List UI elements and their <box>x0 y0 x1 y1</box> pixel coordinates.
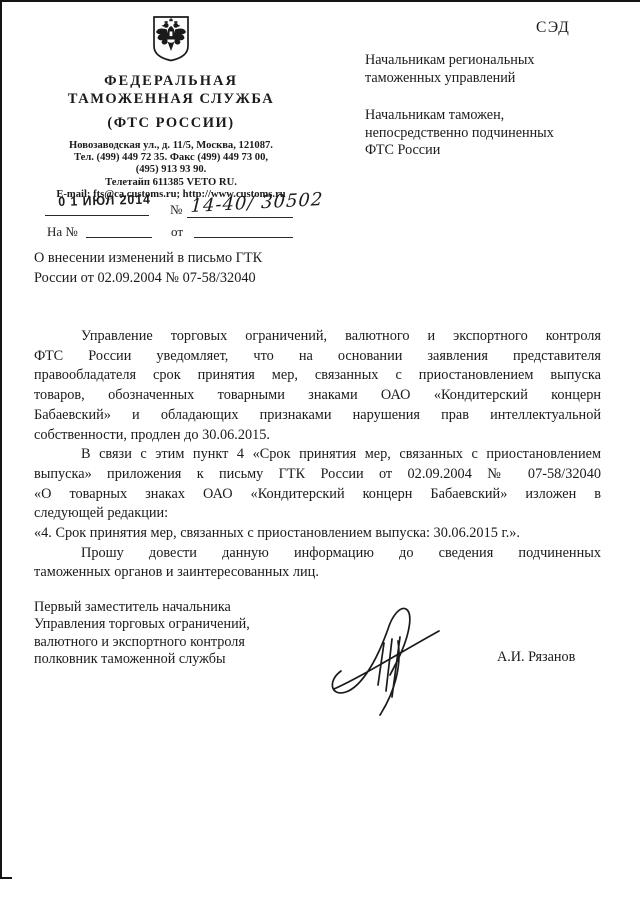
recipient-line: Начальникам региональных <box>365 52 554 70</box>
scan-edge-top <box>0 0 640 2</box>
address-line: Телетайп 611385 VETO RU. <box>28 177 314 189</box>
body-line: следующей редакции: <box>34 504 601 524</box>
body-line: Прошу довести данную информацию до сведе… <box>34 544 601 564</box>
recipient-line: Начальникам таможен, <box>365 107 554 125</box>
letter-body: Управление торговых ограничений, валютно… <box>34 327 601 583</box>
body-line: Управление торговых ограничений, валютно… <box>34 327 601 347</box>
from-date-label: от <box>171 224 183 240</box>
blank-rule-number <box>187 217 293 218</box>
body-line: «О товарных знаках ОАО «Кондитерский кон… <box>34 485 601 505</box>
subject-line: России от 02.09.2004 № 07-58/32040 <box>34 269 262 289</box>
recipients-block: Начальникам региональных таможенных упра… <box>365 52 554 160</box>
recipient-line: ФТС России <box>365 142 554 160</box>
sed-corner-label: СЭД <box>536 19 570 37</box>
recipient-line: таможенных управлений <box>365 70 554 88</box>
body-line: ФТС России уведомляет, что на основании … <box>34 347 601 367</box>
body-line: «4. Срок принятия мер, связанных с приос… <box>34 524 601 544</box>
number-sign-label: № <box>170 202 182 218</box>
blank-rule-date <box>45 215 149 216</box>
signer-position-line: Управления торговых ограничений, <box>34 616 250 633</box>
reply-to-label: На № <box>47 224 78 240</box>
russian-coat-of-arms-icon <box>151 15 191 68</box>
letterhead: ФЕДЕРАЛЬНАЯ ТАМОЖЕННАЯ СЛУЖБА (ФТС РОССИ… <box>28 73 314 201</box>
body-line: собственности, продлен до 30.06.2015. <box>34 426 601 446</box>
address-line: (495) 913 93 90. <box>28 164 314 176</box>
agency-title-line2: ТАМОЖЕННАЯ СЛУЖБА <box>28 91 314 108</box>
signer-name: А.И. Рязанов <box>497 649 575 666</box>
body-line: правообладателя срок принятия мер, связа… <box>34 366 601 386</box>
scan-edge-foot <box>0 877 12 879</box>
handwritten-outgoing-number: 14-40/ 30502 <box>190 190 301 217</box>
body-line: выпуска» приложения к письму ГТК России … <box>34 465 601 485</box>
subject-line: О внесении изменений в письмо ГТК <box>34 249 262 269</box>
address-line: Тел. (499) 449 72 35. Факс (499) 449 73 … <box>28 152 314 164</box>
agency-title-line3: (ФТС РОССИИ) <box>28 115 314 132</box>
body-line: товаров, обозначенных товарными знаками … <box>34 386 601 406</box>
address-line: Новозаводская ул., д. 11/5, Москва, 1210… <box>28 140 314 152</box>
blank-rule-reply-number <box>86 237 152 238</box>
body-line: Бабаевский» и обладающих признаками нару… <box>34 406 601 426</box>
blank-rule-reply-date <box>194 237 293 238</box>
handwritten-signature-icon <box>325 591 470 724</box>
subject-block: О внесении изменений в письмо ГТК России… <box>34 249 262 288</box>
scanned-letter-page: ФЕДЕРАЛЬНАЯ ТАМОЖЕННАЯ СЛУЖБА (ФТС РОССИ… <box>0 0 640 905</box>
scan-edge-left <box>0 0 2 879</box>
signer-position-line: валютного и экспортного контроля <box>34 634 250 651</box>
signer-position-block: Первый заместитель начальника Управления… <box>34 599 250 668</box>
signer-position-line: Первый заместитель начальника <box>34 599 250 616</box>
agency-title-line1: ФЕДЕРАЛЬНАЯ <box>28 73 314 90</box>
body-line: таможенных органов и заинтересованных ли… <box>34 563 601 583</box>
signer-position-line: полковник таможенной службы <box>34 651 250 668</box>
recipient-line: непосредственно подчиненных <box>365 125 554 143</box>
body-line: В связи с этим пункт 4 «Срок принятия ме… <box>34 445 601 465</box>
date-stamp: 0 1 ИЮЛ 2014 <box>58 192 151 209</box>
